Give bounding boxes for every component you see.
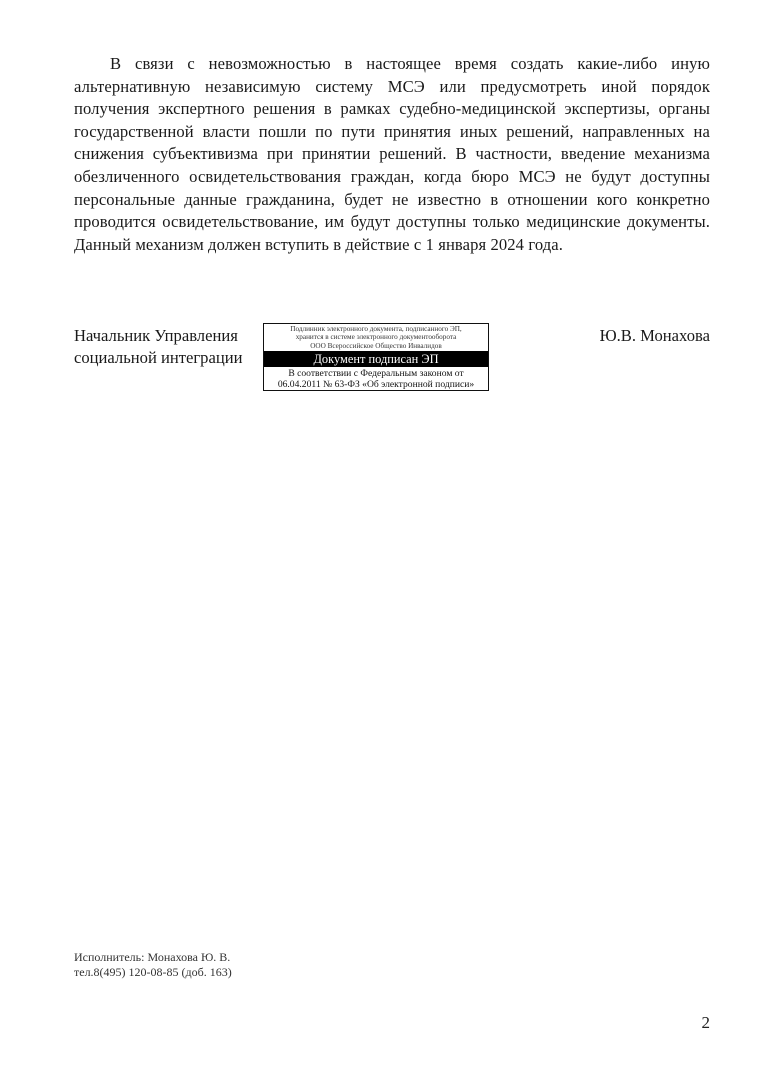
stamp-footer-line2: 06.04.2011 № 63-ФЗ «Об электронной подпи…	[264, 379, 488, 390]
page-number: 2	[702, 1013, 711, 1033]
stamp-header-line1: Подлинник электронного документа, подпис…	[264, 325, 488, 333]
signatory-title-line1: Начальник Управления	[74, 325, 242, 347]
executor-phone: тел.8(495) 120-08-85 (доб. 163)	[74, 965, 232, 980]
body-paragraph: В связи с невозможностью в настоящее вре…	[74, 53, 710, 256]
electronic-signature-stamp: Подлинник электронного документа, подпис…	[263, 323, 489, 391]
stamp-footer: В соответствии с Федеральным законом от …	[264, 367, 488, 391]
signatory-title-line2: социальной интеграции	[74, 347, 242, 369]
executor-name: Исполнитель: Монахова Ю. В.	[74, 950, 232, 965]
stamp-header: Подлинник электронного документа, подпис…	[264, 324, 488, 351]
signatory-name: Ю.В. Монахова	[600, 325, 710, 347]
stamp-header-line3: ООО Всероссийское Общество Инвалидов	[264, 342, 488, 350]
executor-info: Исполнитель: Монахова Ю. В. тел.8(495) 1…	[74, 950, 232, 980]
stamp-footer-line1: В соответствии с Федеральным законом от	[264, 368, 488, 379]
stamp-signed-band: Документ подписан ЭП	[264, 351, 488, 367]
stamp-header-line2: хранится в системе электронного документ…	[264, 333, 488, 341]
signatory-title: Начальник Управления социальной интеграц…	[74, 325, 242, 369]
